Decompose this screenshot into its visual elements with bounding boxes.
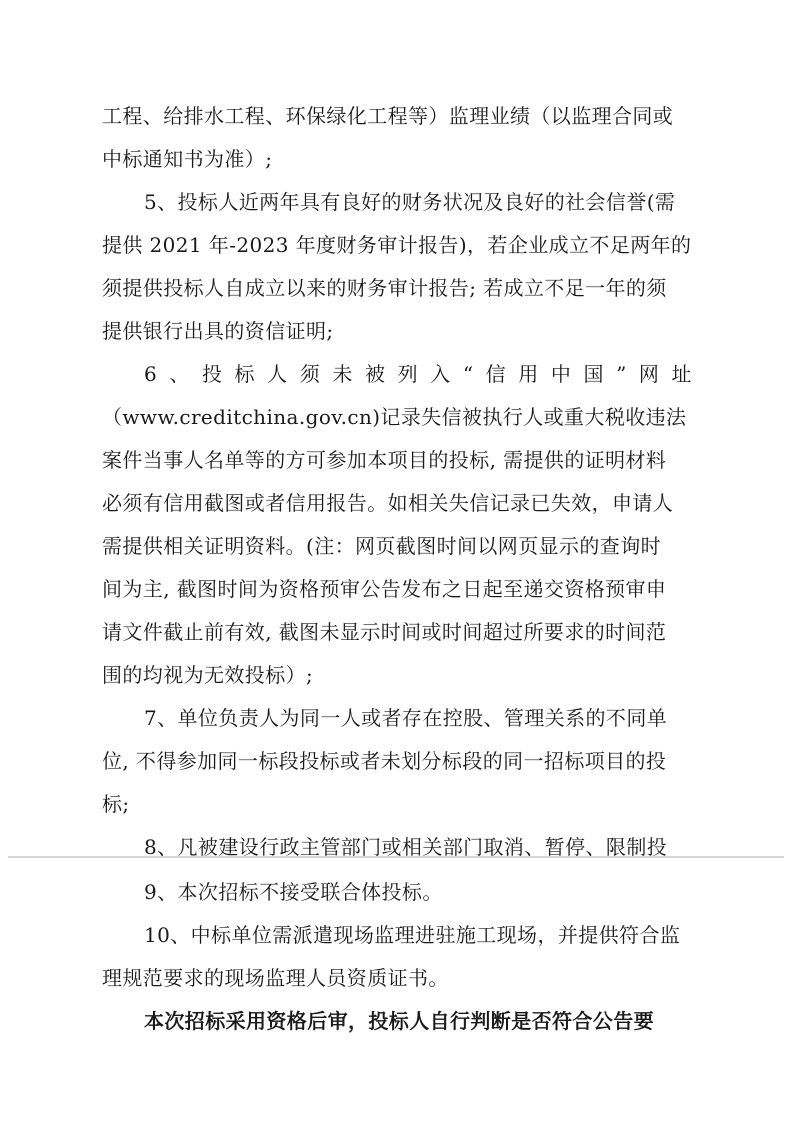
text-line: （www.creditchina.gov.cn)记录失信被执行人或重大税收违法 [102, 403, 692, 431]
text-fragment: 未 [332, 360, 352, 388]
text-fragment: 列 [398, 360, 418, 388]
text-line: 理规范要求的现场监理人员资质证书。 [102, 964, 692, 992]
text-fragment: 标 [235, 360, 255, 388]
text-line: 围的均视为无效投标）; [102, 661, 692, 689]
text-fragment: 用 [518, 360, 538, 388]
item-9-line: 9、本次招标不接受联合体投标。 [144, 878, 692, 906]
text-fragment: 投 [202, 360, 222, 388]
item-10-line: 10、中标单位需派遣现场监理进驻施工现场，并提供符合监 [144, 921, 692, 949]
text-line: 提供银行出具的资信证明; [102, 317, 692, 345]
item-6-line: 6 、 投 标 人 须 未 被 列 入 “ 信 用 中 国 ” 网 址 [144, 360, 692, 388]
text-fragment: ” [616, 360, 627, 388]
text-line: 需提供相关证明资料。(注：网页截图时间以网页显示的查询时 [102, 532, 692, 560]
text-line: 须提供投标人自成立以来的财务审计报告; 若成立不足一年的须 [102, 274, 692, 302]
text-fragment: 、 [169, 360, 189, 388]
text-line: 提供 2021 年-2023 年度财务审计报告)，若企业成立不足两年的 [102, 231, 692, 259]
text-fragment: 国 [583, 360, 603, 388]
text-line: 工程、给排水工程、环保绿化工程等）监理业绩（以监理合同或 [102, 102, 692, 130]
text-fragment: 入 [430, 360, 450, 388]
text-fragment: 6 [144, 360, 157, 388]
page-divider [8, 856, 784, 858]
text-fragment: 网 [639, 360, 659, 388]
closing-paragraph-line: 本次招标采用资格后审，投标人自行判断是否符合公告要 [144, 1007, 692, 1035]
text-line: 中标通知书为准）; [102, 145, 692, 173]
text-fragment: 须 [300, 360, 320, 388]
text-line: 位, 不得参加同一标段投标或者未划分标段的同一招标项目的投 [102, 747, 692, 775]
text-fragment: 人 [267, 360, 287, 388]
item-7-line: 7、单位负责人为同一人或者存在控股、管理关系的不同单 [144, 704, 692, 732]
text-line: 必须有信用截图或者信用报告。如相关失信记录已失效，申请人 [102, 489, 692, 517]
text-fragment: 信 [486, 360, 506, 388]
text-fragment: 被 [365, 360, 385, 388]
text-line: 标; [102, 790, 692, 818]
text-fragment: 中 [551, 360, 571, 388]
document-page: 工程、给排水工程、环保绿化工程等）监理业绩（以监理合同或 中标通知书为准）; 5… [0, 0, 793, 1122]
item-5-line: 5、投标人近两年具有良好的财务状况及良好的社会信誉(需 [144, 188, 692, 216]
text-line: 请文件截止前有效, 截图未显示时间或时间超过所要求的时间范 [102, 618, 692, 646]
text-line: 案件当事人名单等的方可参加本项目的投标, 需提供的证明材料 [102, 446, 692, 474]
text-fragment: 址 [672, 360, 692, 388]
text-line: 间为主, 截图时间为资格预审公告发布之日起至递交资格预审申 [102, 575, 692, 603]
text-fragment: “ [463, 360, 474, 388]
